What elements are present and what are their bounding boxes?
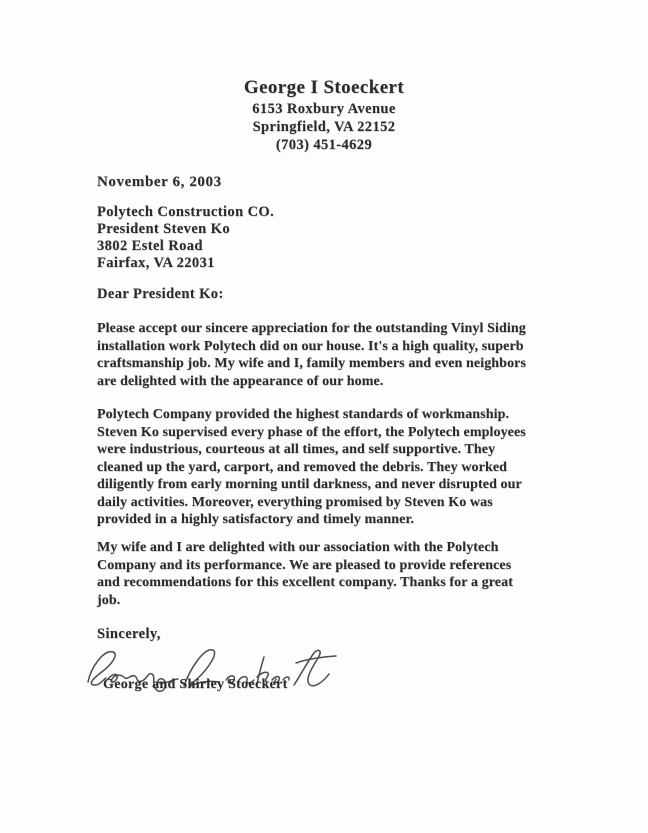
paragraph-line: and recommendations for this excellent c… bbox=[97, 574, 513, 592]
recipient-address-block: Polytech Construction CO. President Stev… bbox=[97, 204, 274, 272]
salutation: Dear President Ko: bbox=[97, 286, 224, 303]
paragraph-line: craftsmanship job. My wife and I, family… bbox=[97, 355, 526, 373]
paragraph-line: provided in a highly satisfactory and ti… bbox=[97, 511, 526, 529]
paragraph-line: Company and its performance. We are plea… bbox=[97, 557, 513, 575]
sender-name: George I Stoeckert bbox=[0, 76, 648, 100]
paragraph-line: job. bbox=[97, 592, 513, 610]
recipient-contact: President Steven Ko bbox=[97, 221, 274, 238]
letterhead: George I Stoeckert 6153 Roxbury Avenue S… bbox=[0, 76, 648, 154]
recipient-city-state-zip: Fairfax, VA 22031 bbox=[97, 255, 274, 272]
paragraph-line: are delighted with the appearance of our… bbox=[97, 373, 526, 391]
paragraph-line: My wife and I are delighted with our ass… bbox=[97, 539, 513, 557]
typed-signature-names: George and Shirley Stoeckert bbox=[103, 677, 288, 693]
sender-street: 6153 Roxbury Avenue bbox=[0, 100, 648, 118]
paragraph-line: diligently from early morning until dark… bbox=[97, 476, 526, 494]
paragraph-line: cleaned up the yard, carport, and remove… bbox=[97, 459, 526, 477]
paragraph-line: Please accept our sincere appreciation f… bbox=[97, 320, 526, 338]
paragraph-line: Polytech Company provided the highest st… bbox=[97, 406, 526, 424]
recipient-company: Polytech Construction CO. bbox=[97, 204, 274, 221]
date-line: November 6, 2003 bbox=[97, 174, 222, 191]
body-paragraph-3: My wife and I are delighted with our ass… bbox=[97, 539, 513, 609]
recipient-street: 3802 Estel Road bbox=[97, 238, 274, 255]
scanned-letter-page: George I Stoeckert 6153 Roxbury Avenue S… bbox=[0, 0, 648, 833]
sender-city-state-zip: Springfield, VA 22152 bbox=[0, 118, 648, 136]
paragraph-line: Steven Ko supervised every phase of the … bbox=[97, 424, 526, 442]
paragraph-line: daily activities. Moreover, everything p… bbox=[97, 494, 526, 512]
body-paragraph-1: Please accept our sincere appreciation f… bbox=[97, 320, 526, 390]
body-paragraph-2: Polytech Company provided the highest st… bbox=[97, 406, 526, 529]
paragraph-line: were industrious, courteous at all times… bbox=[97, 441, 526, 459]
sender-phone: (703) 451-4629 bbox=[0, 136, 648, 154]
paragraph-line: installation work Polytech did on our ho… bbox=[97, 338, 526, 356]
